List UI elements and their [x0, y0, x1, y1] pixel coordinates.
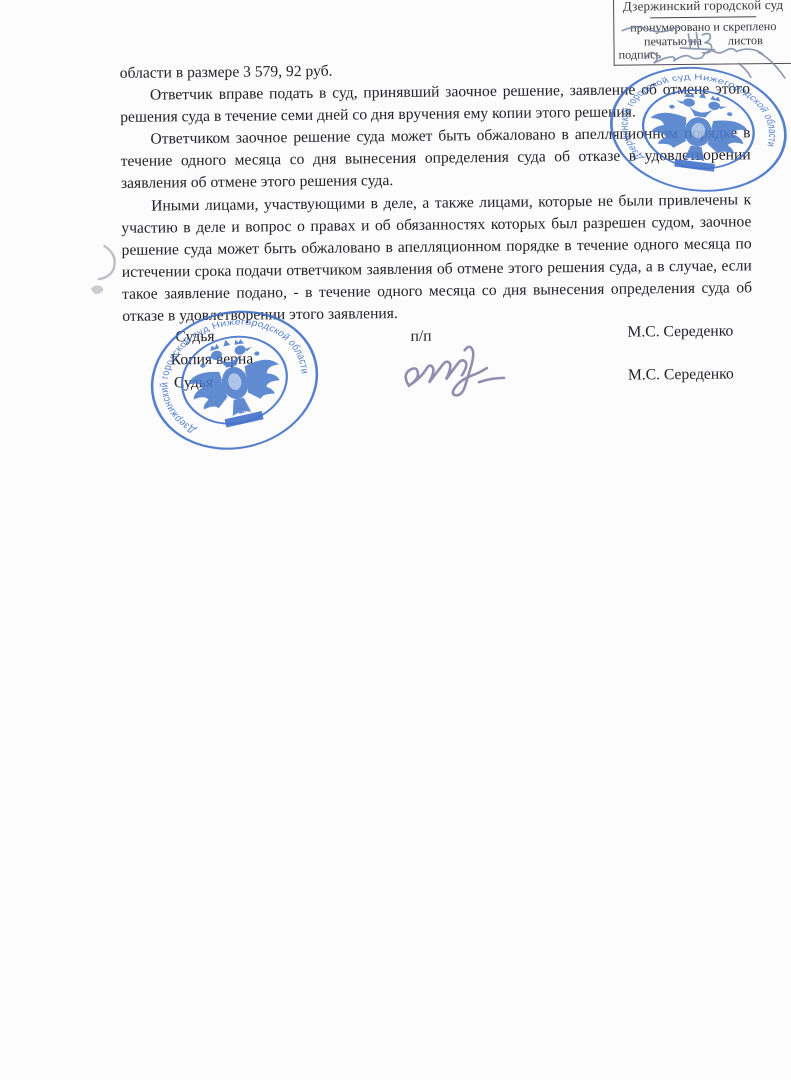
body-paragraph: Иными лицами, участвующими в деле, а так…: [121, 189, 752, 328]
scanned-court-document: Дзержинский городской суд пронумеровано …: [0, 0, 791, 1080]
stamp-number: 2: [691, 152, 698, 162]
double-eagle-icon: [180, 329, 288, 424]
judge-name: М.С. Середенко: [628, 365, 734, 384]
scan-content: Дзержинский городской суд пронумеровано …: [0, 0, 791, 1080]
handwritten-signature: [399, 340, 525, 401]
judge-name: М.С. Середенко: [627, 322, 733, 341]
pencil-mark: [72, 240, 129, 305]
court-name: Дзержинский городской суд: [614, 0, 791, 14]
court-stamp: Дзержинский городской суд Нижегородской …: [600, 55, 791, 204]
